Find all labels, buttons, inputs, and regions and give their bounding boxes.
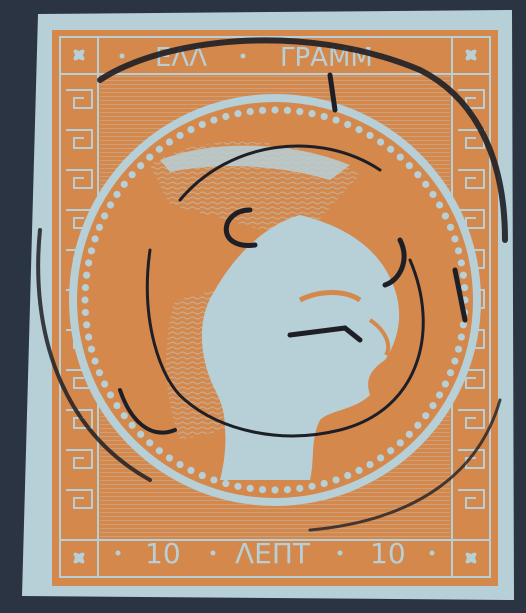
stamp-photo: ΕΛΛ ΓΡΑΜΜ 10 ΛΕΠΤ 10 circular date stamp bbox=[0, 0, 526, 613]
photo-stage: ΕΛΛ ΓΡΑΜΜ 10 ΛΕΠΤ 10 circular date stamp bbox=[0, 0, 526, 613]
postmark-letters: circular date stamp bbox=[0, 0, 10, 1]
bottom-value-right: 10 bbox=[370, 537, 406, 570]
bottom-currency: ΛΕΠΤ bbox=[235, 537, 311, 570]
bottom-value-left: 10 bbox=[145, 537, 181, 570]
